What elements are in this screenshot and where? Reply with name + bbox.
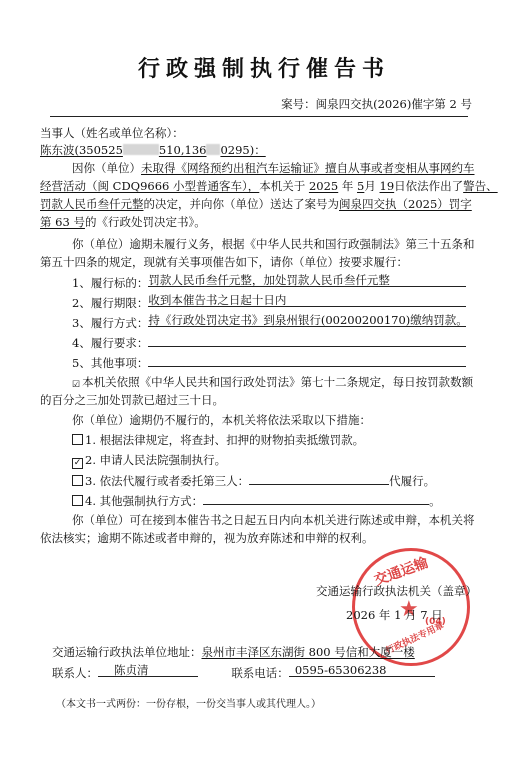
para2-line1: 你（单位）逾期未履行义务，根据《中华人民共和国行政强制法》第三十五条和 — [72, 237, 475, 251]
year-label: 年 — [342, 179, 354, 193]
other-method-field — [203, 493, 429, 505]
item-value: 收到本催告书之日起十日内 — [148, 293, 286, 307]
decision-number-b: 第 63 号 — [40, 215, 85, 229]
item-4: 4、履行要求： — [72, 335, 466, 350]
address-value: 泉州市丰泽区东湖街 800 号信和大厦一楼 — [202, 645, 415, 659]
measure-2: ✓2. 申请人民法院强制执行。 — [72, 453, 226, 469]
document-page: 行政强制执行催告书 案号：闽泉四交执(2026)催字第 2 号 当事人（姓名或单… — [0, 0, 528, 776]
item-value-field — [148, 355, 466, 367]
phone-value: 0595-65306238 — [295, 663, 387, 677]
item-2: 2、履行期限：收到本催告书之日起十日内 — [72, 295, 466, 310]
party-id-suffix: 510,136 — [159, 143, 207, 157]
issuer: 交通运输行政执法机关（盖章） — [316, 584, 477, 598]
para1-text2: 的决定，并向你（单位）送达了案号为 — [144, 197, 340, 211]
para1-line2: 经营活动（闽 CDQ9666 小型普通客车），本机关于 2025 年 5月 19… — [40, 179, 498, 193]
item-label: 3、履行方式： — [72, 316, 148, 330]
redacted-id — [123, 144, 159, 155]
violation-text: 未取得《网络预约出租汽车运输证》擅自从事或者变相从事网约车 — [141, 161, 475, 175]
party-phone-suffix: 0295)： — [220, 143, 265, 157]
document-title: 行政强制执行催告书 — [0, 52, 528, 83]
measure-1: 1. 根据法律规定，将查封、扣押的财物拍卖抵缴罚款。 — [72, 433, 364, 447]
decision-day: 19 — [380, 179, 395, 193]
checkbox-icon — [72, 475, 83, 486]
item-5: 5、其他事项： — [72, 355, 466, 370]
measure-4: 4. 其他强制执行方式：。 — [72, 493, 441, 508]
contact-label: 联系人： — [52, 666, 98, 680]
contact-value: 陈贞清 — [114, 663, 149, 677]
address-label: 交通运输行政执法单位地址： — [52, 645, 202, 659]
item-value-field: 持《行政处罚决定书》到泉州银行(00200200170)缴纳罚款。 — [148, 315, 466, 327]
decision-year: 2025 — [309, 179, 338, 193]
statement-line1: 你（单位）可在接到本催告书之日起五日内向本机关进行陈述或申辩，本机关将 — [72, 513, 475, 527]
checkbox-icon — [72, 495, 83, 506]
para1-line3: 罚款人民币叁仟元整的决定，并向你（单位）送达了案号为闽泉四交执（2025）罚字 — [40, 197, 472, 211]
item-label: 1、履行标的： — [72, 276, 148, 290]
month-label: 月 — [364, 179, 376, 193]
measure-3: 3. 依法代履行或者委托第三人：代履行。 — [72, 473, 435, 488]
item-1: 1、履行标的：罚款人民币叁仟元整，加处罚款人民币叁仟元整 — [72, 275, 466, 290]
footnote: （本文书一式两份：一份存根，一份交当事人或其代理人。） — [56, 698, 321, 712]
measure-text: 1. 根据法律规定，将查封、扣押的财物拍卖抵缴罚款。 — [85, 433, 364, 447]
third-party-field — [249, 473, 389, 485]
measure-text: 4. 其他强制执行方式： — [85, 494, 203, 508]
para2-line2: 第五十四条的规定，现就有关事项催告如下，请你（单位）按要求履行： — [40, 255, 408, 269]
checkbox-icon — [72, 434, 83, 445]
header-rule — [50, 116, 468, 117]
item-label: 4、履行要求： — [72, 336, 148, 350]
item-label: 2、履行期限： — [72, 296, 148, 310]
para1-text3: 的《行政处罚决定书》。 — [85, 215, 206, 229]
measures-intro: 你（单位）逾期仍不履行的，本机关将依法采取以下措施： — [72, 413, 371, 427]
item-value: 罚款人民币叁仟元整，加处罚款人民币叁仟元整 — [148, 273, 390, 287]
party-label: 当事人（姓名或单位名称）： — [40, 126, 184, 140]
surcharge-text: 本机关依照《中华人民共和国行政处罚法》第七十二条规定，每日按罚款数额 — [82, 375, 473, 389]
phone-label: 联系电话： — [231, 666, 289, 680]
para1-lead: 因你（单位） — [72, 161, 141, 175]
party-id-prefix: (350525 — [75, 143, 123, 157]
item-3: 3、履行方式：持《行政处罚决定书》到泉州银行(00200200170)缴纳罚款。 — [72, 315, 466, 330]
item-value-field — [148, 335, 466, 347]
para1-text1: 本机关于 — [259, 179, 305, 193]
checkbox-checked-icon: ✓ — [72, 458, 83, 469]
penalty-fine: 罚款人民币叁仟元整 — [40, 197, 144, 211]
checkbox-checked-icon: ☑ — [72, 381, 80, 390]
penalty-warning: 警告、 — [463, 179, 498, 193]
para1-line4: 第 63 号的《行政处罚决定书》。 — [40, 215, 206, 229]
party-info: 陈东波(350525510,1360295)： — [40, 143, 266, 157]
item-value-field: 罚款人民币叁仟元整，加处罚款人民币叁仟元整 — [148, 275, 466, 287]
item-value: 持《行政处罚决定书》到泉州银行(00200200170)缴纳罚款。 — [148, 313, 467, 327]
item-label: 5、其他事项： — [72, 356, 148, 370]
contact-field: 陈贞清 — [98, 665, 198, 677]
address-row: 交通运输行政执法单位地址：泉州市丰泽区东湖街 800 号信和大厦一楼 — [52, 645, 415, 659]
issue-date: 2026 年 1 月 7 日 — [346, 608, 443, 622]
party-name: 陈东波 — [40, 143, 75, 157]
surcharge-line1: ☑本机关依照《中华人民共和国行政处罚法》第七十二条规定，每日按罚款数额 — [72, 375, 473, 390]
decision-number-a: 闽泉四交执（2025）罚字 — [339, 197, 472, 211]
phone-field: 0595-65306238 — [289, 665, 435, 677]
measure-text: 3. 依法代履行或者委托第三人： — [85, 474, 249, 488]
contact-row: 联系人：陈贞清 联系电话：0595-65306238 — [52, 665, 435, 680]
measure-suffix: 代履行。 — [389, 474, 435, 488]
measure-text: 2. 申请人民法院强制执行。 — [85, 453, 226, 467]
day-label: 日依法作出了 — [394, 179, 463, 193]
case-number: 案号：闽泉四交执(2026)催字第 2 号 — [281, 96, 472, 112]
surcharge-line2: 的百分之三加处罚款已超过三十日。 — [40, 393, 224, 407]
item-value-field: 收到本催告书之日起十日内 — [148, 295, 466, 307]
para1-line1: 因你（单位）未取得《网络预约出租汽车运输证》擅自从事或者变相从事网约车 — [72, 161, 475, 175]
redacted-phone — [206, 144, 220, 155]
violation-cont: 经营活动（闽 CDQ9666 小型普通客车）， — [40, 179, 259, 193]
statement-line2: 依法核实；逾期不陈述或者申辩的，视为放弃陈述和申辩的权利。 — [40, 531, 374, 545]
measure-suffix: 。 — [429, 494, 441, 508]
